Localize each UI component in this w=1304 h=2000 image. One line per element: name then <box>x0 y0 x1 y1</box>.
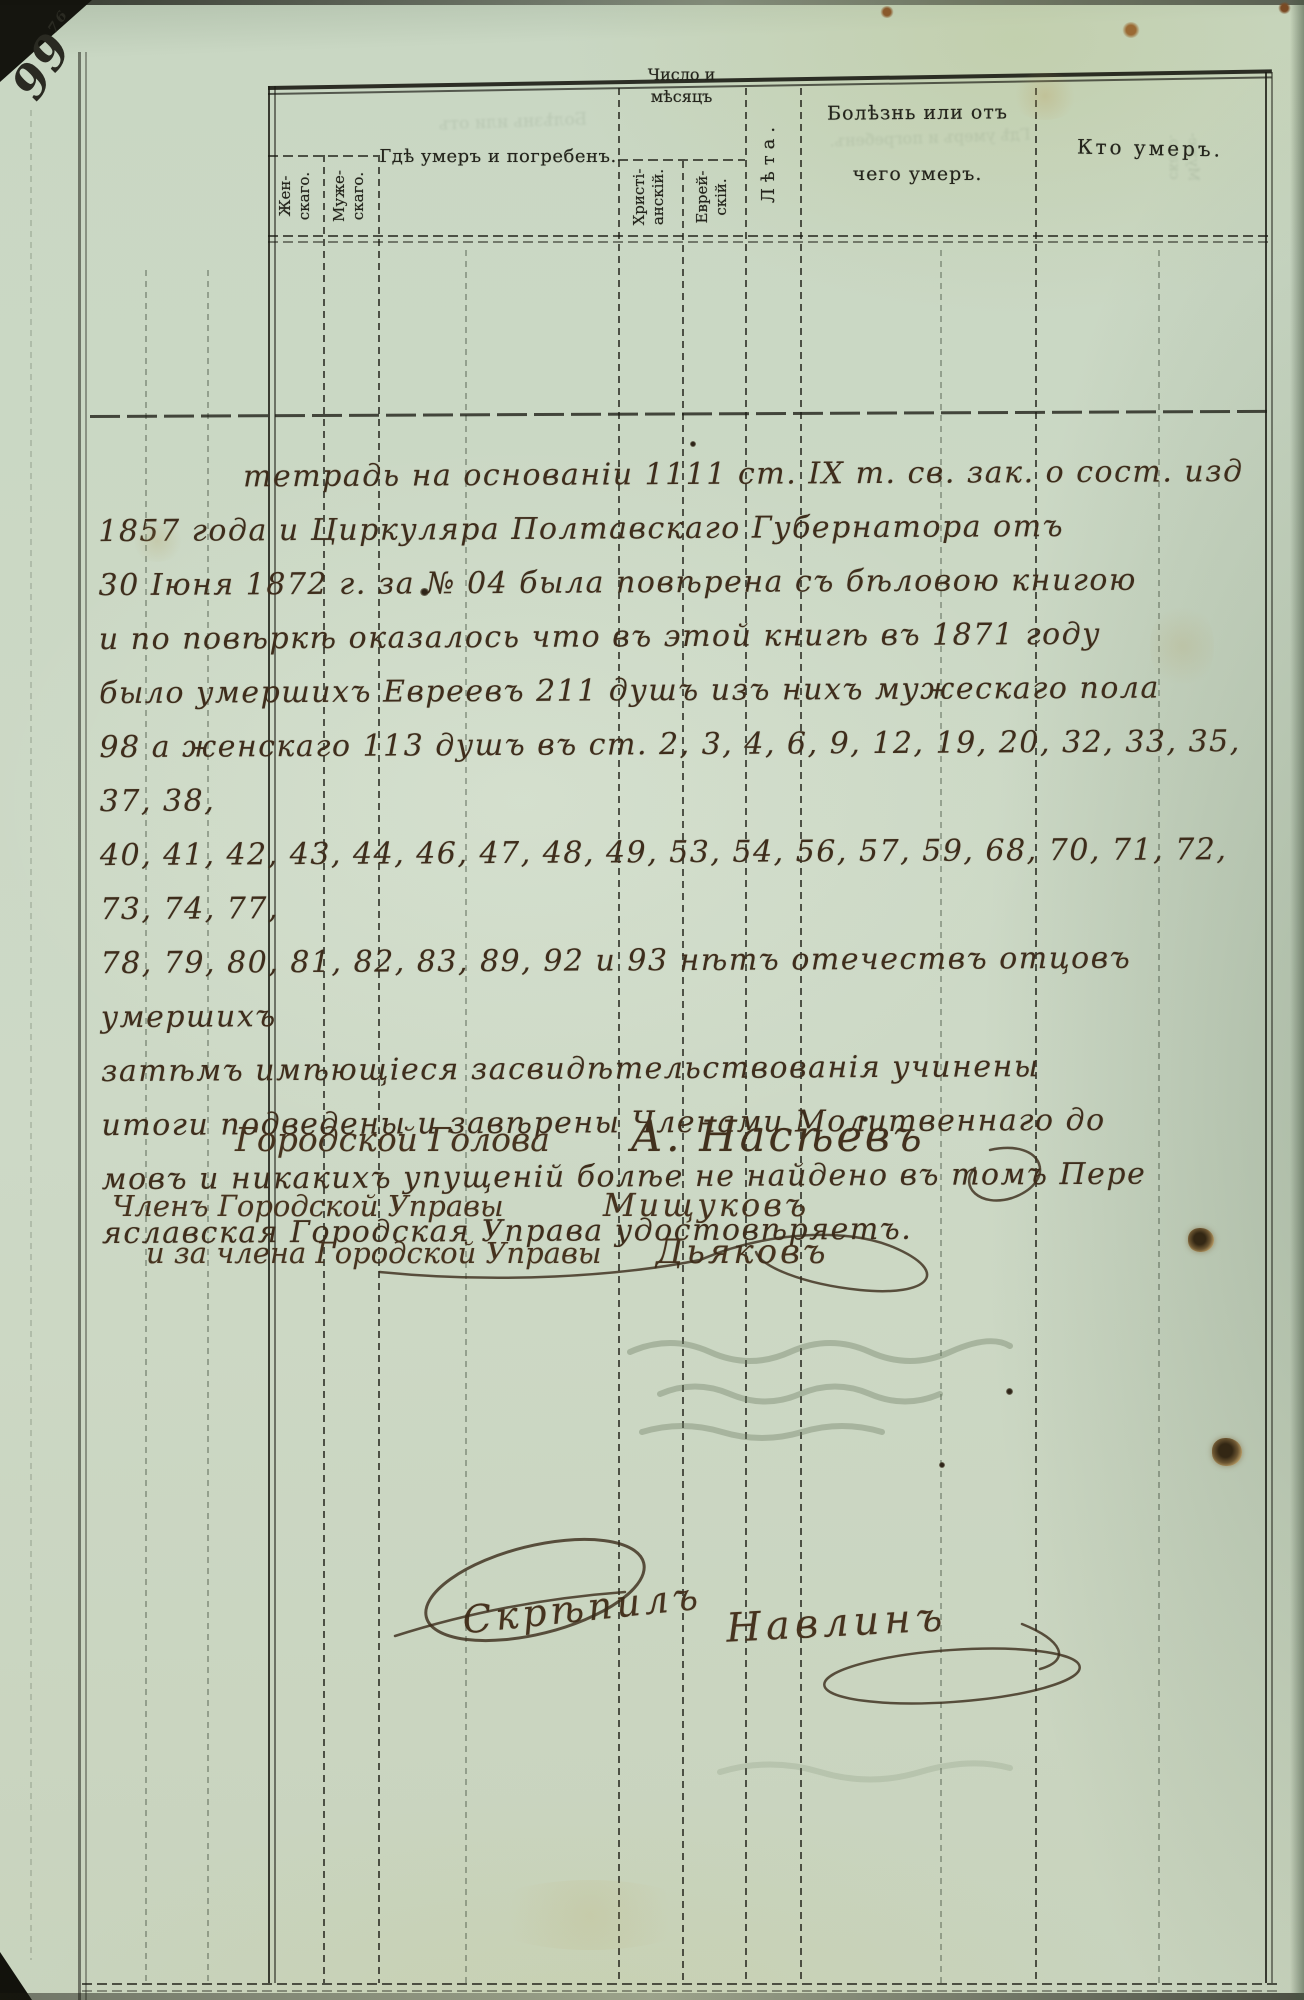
column-header-age: Лѣта. <box>759 102 785 222</box>
ink-speck <box>1006 1388 1013 1395</box>
ink-speck <box>862 1116 868 1122</box>
page-bottom-edge-shadow <box>0 1993 1304 2000</box>
countersign-underline-oval <box>822 1641 1081 1711</box>
countersign-name: Навлинъ <box>725 1594 948 1652</box>
binding-fold-line <box>78 52 81 2000</box>
wormhole <box>1212 1438 1242 1466</box>
foxing-stain <box>480 1880 700 1950</box>
manuscript-line: затѣмъ имѣющіеся засвидѣтельствованія уч… <box>101 1039 1286 1099</box>
header-bottom-rule-inner <box>268 241 1271 243</box>
column-header-cause-line2: чего умеръ. <box>800 163 1035 185</box>
paper-crease <box>30 110 32 1960</box>
signature-role: и за члена Городской Управы <box>146 1236 601 1270</box>
signature-name: Дьяковъ <box>656 1232 829 1272</box>
signature-role: Членъ Городской Управы <box>112 1189 504 1223</box>
column-header-date-group: Число и мѣсяцъ <box>618 64 745 108</box>
manuscript-line: 30 Іюня 1872 г. за № 04 была повѣрена съ… <box>98 553 1283 613</box>
signature-row-mayor: Городской Голова А. Насѣевъ <box>235 1112 925 1162</box>
column-header-where-died: Гдѣ умеръ и погребенъ. <box>378 146 618 167</box>
column-header-male: Муже- скаго. <box>330 160 370 232</box>
wormhole <box>1188 1228 1214 1252</box>
signature-role: Городской Голова <box>235 1120 550 1159</box>
countersign-label: Скрѣпилъ <box>460 1574 703 1643</box>
ink-speck <box>690 441 696 447</box>
manuscript-line: 1857 года и Циркуляра Полтавскаго Губерн… <box>98 499 1283 559</box>
binding-fold-line <box>85 52 87 2000</box>
ghost-bleed-script <box>642 1426 882 1438</box>
page-right-edge-shadow <box>1290 0 1304 2000</box>
rust-stain <box>880 6 894 18</box>
register-page-scan: 99⁷⁶ Жен- скаго. Муже- скаго. Гдѣ умеръ … <box>0 0 1304 2000</box>
signature-row-acting-member: и за члена Городской Управы Дьяковъ <box>146 1232 829 1272</box>
header-bottom-rule <box>268 235 1271 237</box>
ghost-bleed-script <box>630 1341 1010 1361</box>
column-header-date-jewish: Еврей- скій. <box>693 160 733 234</box>
column-header-date-christian: Христі- анскій. <box>630 160 670 234</box>
column-header-cause-line1: Болѣзнь или отъ <box>800 101 1035 125</box>
ghost-bleed-text: Гдѣ умеръ и погребенъ. <box>820 124 1041 151</box>
ink-speck <box>420 588 429 596</box>
manuscript-line: 78, 79, 80, 81, 82, 83, 89, 92 и 93 нѣтъ… <box>100 931 1286 1045</box>
manuscript-line: 40, 41, 42, 43, 44, 46, 47, 48, 49, 53, … <box>100 823 1286 937</box>
manuscript-line: 98 а женскаго 113 душъ въ ст. 2, 3, 4, 6… <box>99 715 1285 829</box>
signature-name: Мищуковъ <box>603 1186 809 1224</box>
ghost-bleed-script <box>720 1763 1010 1779</box>
table-bottom-rule <box>82 1983 1277 1985</box>
ink-speck <box>939 1462 945 1468</box>
ghost-bleed-text: Болѣзнь или отъ <box>408 108 619 135</box>
rust-stain <box>1122 22 1140 38</box>
column-header-who-died: Кто умеръ. <box>1035 134 1265 163</box>
manuscript-line: тетрадь на основаніи 1111 ст. ІХ т. св. … <box>98 445 1283 505</box>
column-header-female: Жен- скаго. <box>276 160 316 232</box>
manuscript-line: было умершихъ Евреевъ 211 душъ изъ нихъ … <box>99 661 1284 721</box>
manuscript-line: и по повѣркѣ оказалось что въ этой книгѣ… <box>99 607 1284 667</box>
signature-row-council-member: Членъ Городской Управы Мищуковъ <box>112 1186 809 1224</box>
signature-name: А. Насѣевъ <box>630 1112 924 1162</box>
table-bottom-rule-inner <box>82 1990 1277 1992</box>
page-top-edge-shadow <box>0 0 1304 5</box>
countersign-name-tail <box>1022 1624 1059 1669</box>
